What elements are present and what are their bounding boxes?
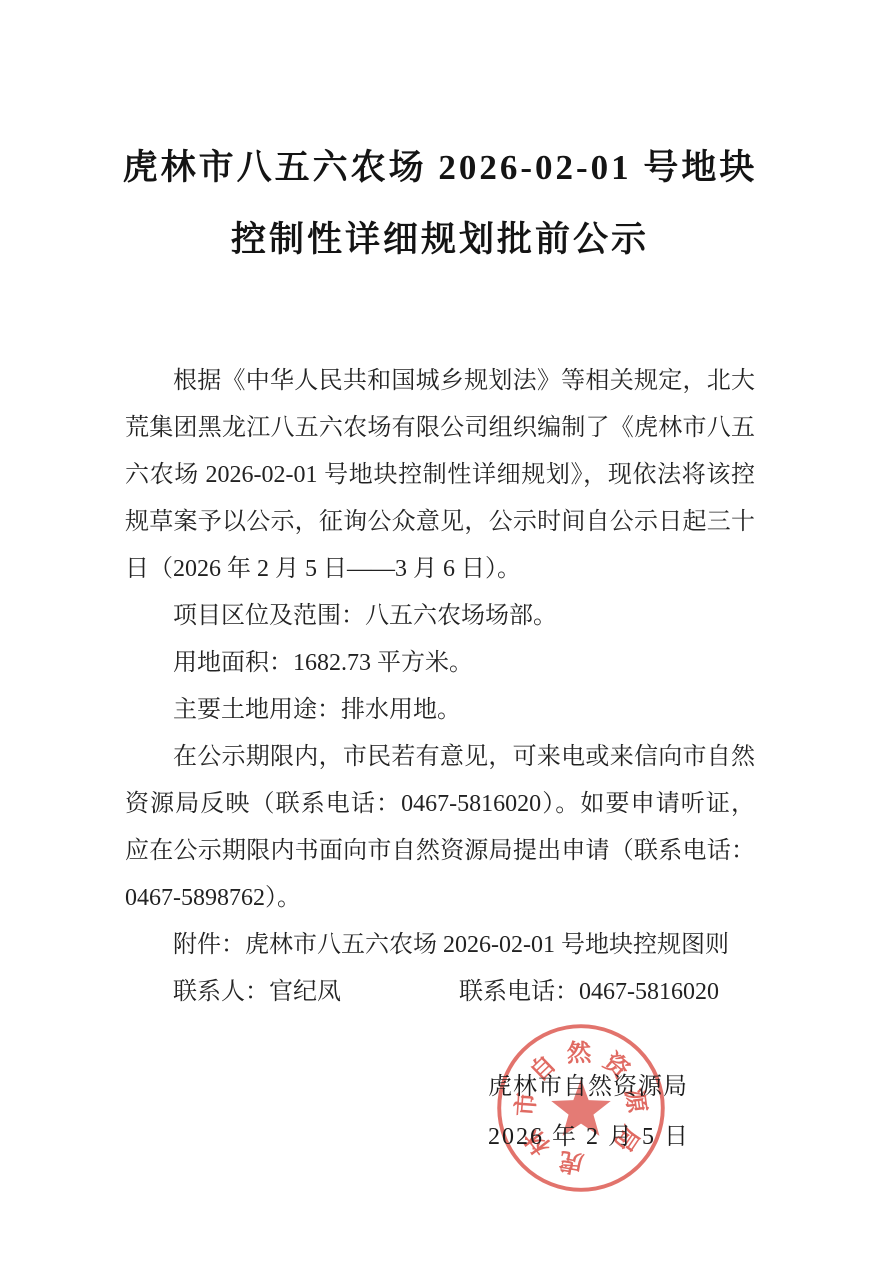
document-page: 虎林市八五六农场 2026-02-01 号地块 控制性详细规划批前公示 根据《中… xyxy=(0,0,880,1278)
contact-line: 联系人：官纪凤 联系电话：0467-5816020 xyxy=(125,969,755,1016)
document-body: 根据《中华人民共和国城乡规划法》等相关规定，北大荒集团黑龙江八五六农场有限公司组… xyxy=(125,358,755,1016)
official-seal: 虎 林 市 自 然 资 源 局 xyxy=(494,1021,668,1195)
document-title-line1: 虎林市八五六农场 2026-02-01 号地块 xyxy=(0,0,880,190)
paragraph-land-area: 用地面积：1682.73 平方米。 xyxy=(125,640,755,687)
contact-person: 联系人：官纪凤 xyxy=(173,969,341,1016)
seal-graphic: 虎 林 市 自 然 资 源 局 xyxy=(494,1021,668,1195)
paragraph-intro: 根据《中华人民共和国城乡规划法》等相关规定，北大荒集团黑龙江八五六农场有限公司组… xyxy=(125,358,755,593)
paragraph-feedback-channels: 在公示期限内，市民若有意见，可来电或来信向市自然资源局反映（联系电话：0467-… xyxy=(125,734,755,922)
document-title-line2: 控制性详细规划批前公示 xyxy=(0,218,880,262)
paragraph-land-use: 主要土地用途：排水用地。 xyxy=(125,687,755,734)
seal-arc-char-5: 然 xyxy=(566,1039,592,1068)
paragraph-attachment: 附件：虎林市八五六农场 2026-02-01 号地块控规图则 xyxy=(125,922,755,969)
signature-date: 2026 年 2 月 5 日 xyxy=(488,1116,690,1151)
contact-phone: 联系电话：0467-5816020 xyxy=(459,969,719,1016)
signature-org: 虎林市自然资源局 xyxy=(488,1066,688,1101)
paragraph-project-location: 项目区位及范围：八五六农场场部。 xyxy=(125,593,755,640)
